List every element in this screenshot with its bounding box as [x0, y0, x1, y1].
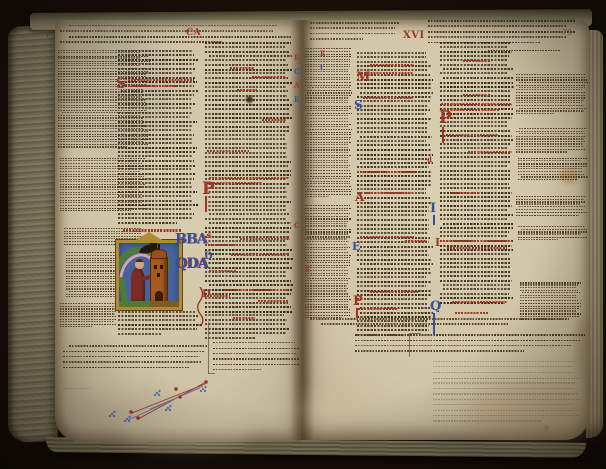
script-line [518, 168, 583, 169]
script-line [305, 176, 352, 177]
script-line [305, 121, 348, 122]
script-line [305, 71, 349, 72]
script-line [305, 223, 347, 224]
script-line [433, 382, 575, 383]
script-line [357, 214, 426, 216]
text-block-gloss [516, 128, 588, 154]
script-line [205, 156, 287, 158]
script-line [440, 262, 511, 264]
script-line [63, 356, 200, 358]
script-line [118, 160, 194, 162]
text-block-main [118, 50, 198, 228]
script-line [440, 72, 507, 74]
script-line [305, 275, 347, 276]
script-line [357, 52, 426, 54]
script-line [305, 191, 351, 192]
script-line [520, 284, 578, 285]
text-block-main [440, 42, 514, 307]
script-line [355, 345, 571, 347]
script-line [433, 372, 574, 373]
script-line [307, 87, 350, 88]
script-line [118, 121, 197, 123]
script-line [360, 162, 433, 164]
script-line [519, 133, 585, 134]
script-line [440, 156, 510, 158]
script-line [516, 143, 583, 144]
script-line [305, 134, 351, 135]
script-line [305, 231, 351, 232]
pen-trial-cluster-dot [154, 394, 156, 396]
script-line [310, 318, 569, 320]
script-line [357, 184, 431, 186]
script-line [440, 218, 507, 220]
script-line [516, 95, 586, 96]
rubric-line [405, 240, 427, 242]
script-line [520, 303, 581, 304]
script-line [63, 367, 189, 369]
script-line [440, 64, 508, 66]
script-line [305, 304, 349, 305]
pen-trial-cluster-dot [204, 386, 206, 388]
script-line [118, 155, 192, 157]
initial-letter: Q [430, 300, 441, 313]
script-line [118, 173, 195, 175]
script-line [305, 210, 348, 211]
script-line [205, 138, 285, 140]
script-line [205, 187, 286, 189]
script-line [440, 214, 513, 216]
script-line [518, 171, 582, 172]
script-line [305, 196, 329, 197]
script-line [357, 180, 432, 182]
initial-letter: M [356, 71, 370, 84]
rubric-line [233, 317, 255, 319]
script-line [357, 158, 429, 160]
rubric-line [128, 85, 178, 87]
paraph-mark: d [427, 156, 432, 163]
script-line [357, 87, 431, 89]
script-line [357, 149, 432, 151]
script-line [118, 324, 202, 326]
pen-trial-cluster-dot [113, 411, 115, 413]
script-line [305, 54, 352, 55]
script-line [305, 252, 349, 253]
script-line [355, 334, 585, 336]
script-line [205, 126, 290, 128]
script-line [440, 51, 512, 53]
pen-trial-cluster-dot [109, 415, 111, 417]
script-line [305, 147, 349, 148]
script-line [518, 226, 585, 227]
script-line [305, 100, 348, 101]
script-line [213, 369, 262, 371]
script-line [205, 121, 285, 123]
script-line [60, 303, 115, 304]
script-line [205, 306, 291, 308]
script-line [357, 56, 426, 58]
script-line [305, 126, 348, 127]
script-line [305, 216, 349, 217]
script-line [305, 90, 351, 91]
illuminated-miniature [116, 240, 182, 310]
script-line [433, 415, 581, 416]
script-line [516, 141, 585, 142]
script-line [307, 262, 351, 263]
script-line [307, 241, 349, 242]
rubric-line [258, 300, 288, 302]
script-line [118, 81, 197, 83]
script-line [305, 59, 350, 60]
script-line [205, 262, 290, 264]
initial-tail [433, 313, 435, 335]
pen-trial-cluster-dot [124, 420, 126, 422]
rubric-line [207, 150, 249, 152]
script-line [357, 210, 429, 212]
script-line [520, 290, 578, 291]
script-line [433, 399, 581, 400]
script-line [60, 324, 116, 325]
script-line [428, 31, 575, 33]
script-line [310, 22, 399, 24]
script-line [305, 260, 350, 261]
script-line [205, 332, 286, 334]
script-line [516, 113, 555, 114]
paraph-mark: t [320, 64, 323, 71]
rubric-line [452, 301, 508, 303]
rubric-line [209, 270, 237, 272]
script-line [205, 72, 285, 74]
script-line [357, 188, 426, 190]
script-line [518, 160, 581, 161]
script-line [305, 267, 347, 268]
script-line [443, 284, 510, 286]
script-line [440, 187, 510, 189]
script-line [519, 108, 587, 109]
script-line [118, 195, 191, 197]
script-line [118, 98, 191, 100]
initial-letter: P [439, 110, 452, 127]
initial-tail [433, 215, 435, 225]
script-line [305, 97, 349, 98]
initial-letter: I [430, 202, 436, 215]
script-line [520, 282, 581, 283]
script-line [209, 222, 292, 224]
script-line [305, 173, 351, 174]
script-line [305, 183, 350, 184]
script-line [305, 283, 348, 284]
script-line [118, 217, 193, 219]
script-line [60, 319, 116, 320]
script-line [516, 212, 587, 213]
script-line [305, 165, 350, 166]
tower-window [154, 265, 157, 269]
script-line [60, 311, 116, 312]
script-line [307, 178, 351, 179]
script-line [205, 51, 290, 53]
rubric-line [357, 171, 415, 173]
script-line [433, 393, 578, 394]
rubric-line [205, 244, 243, 246]
rubric-line [468, 151, 512, 153]
quire-mark: q [44, 29, 49, 37]
script-line [69, 25, 278, 27]
text-block-main [357, 52, 433, 342]
script-line [355, 350, 524, 352]
script-line [121, 90, 198, 92]
script-line [360, 246, 433, 248]
rubric-line [231, 254, 289, 256]
script-line [205, 218, 286, 220]
script-line [305, 315, 350, 316]
script-line [357, 105, 428, 107]
script-line [360, 312, 433, 314]
script-line [305, 152, 348, 153]
script-line [118, 186, 193, 188]
script-line [357, 166, 429, 168]
script-line [357, 113, 426, 115]
script-line [357, 272, 431, 274]
rubric-line [240, 238, 290, 240]
script-line [209, 258, 293, 260]
script-line [357, 219, 429, 221]
script-line [305, 213, 350, 214]
script-line [305, 82, 351, 83]
script-line [205, 134, 285, 136]
rubric-line [363, 97, 413, 99]
script-line [213, 353, 296, 355]
script-line [305, 149, 350, 150]
script-line [118, 182, 191, 184]
script-line [118, 72, 193, 74]
script-line [213, 348, 299, 350]
script-line [440, 143, 510, 145]
script-line [516, 201, 586, 202]
script-line [60, 308, 116, 309]
script-line [205, 42, 291, 44]
script-line [305, 79, 350, 80]
script-line [321, 323, 509, 325]
script-line [305, 155, 351, 156]
script-line [440, 42, 511, 44]
script-line [516, 209, 583, 210]
script-line [440, 196, 511, 198]
script-line [440, 147, 508, 149]
script-line [305, 244, 347, 245]
text-block-note [63, 345, 207, 374]
script-line [305, 229, 351, 230]
rubric-line [463, 94, 491, 96]
text-block-faint [433, 361, 586, 428]
pen-trial-cluster-dot [126, 418, 128, 420]
script-line [307, 129, 352, 130]
stain [300, 390, 350, 430]
pen-trial-cluster-dot [113, 415, 115, 417]
script-line [357, 281, 432, 283]
script-line [520, 310, 577, 311]
script-line [357, 298, 428, 300]
script-line [440, 205, 512, 207]
pen-trials [60, 374, 230, 434]
text-block-note [310, 22, 402, 48]
script-line [520, 308, 580, 309]
text-block-main [118, 311, 203, 338]
script-line [305, 293, 349, 294]
script-line [520, 287, 576, 288]
script-line [205, 275, 286, 277]
script-line [440, 82, 513, 84]
script-line [305, 221, 349, 222]
script-line [69, 345, 207, 347]
script-line [357, 250, 428, 252]
script-line [516, 77, 586, 78]
script-line [209, 55, 292, 57]
script-line [440, 297, 513, 299]
script-line [440, 86, 514, 88]
rubric-line [370, 64, 414, 66]
script-line [205, 201, 291, 203]
script-line [516, 146, 584, 147]
script-line [516, 97, 585, 98]
script-line [118, 333, 161, 335]
script-line [205, 196, 287, 198]
script-line [440, 235, 508, 237]
script-line [518, 239, 558, 240]
script-line [60, 326, 92, 327]
pen-trial-dot [204, 380, 208, 384]
script-line [118, 319, 195, 321]
script-line [205, 46, 285, 48]
script-line [118, 50, 193, 52]
text-block-gloss [516, 74, 588, 118]
script-line [60, 41, 222, 43]
script-line [443, 113, 514, 115]
script-line [516, 100, 584, 101]
script-line [205, 227, 291, 229]
script-line [305, 306, 349, 307]
script-line [440, 161, 510, 163]
miniature-scene [119, 243, 179, 307]
script-line [205, 161, 291, 163]
script-line [118, 213, 194, 215]
rubric-line [440, 240, 512, 242]
script-line [440, 183, 509, 185]
paraph-mark: E [320, 50, 325, 57]
script-line [518, 237, 588, 238]
script-line [118, 103, 196, 105]
paraph-mark: C [294, 222, 300, 229]
script-line [433, 388, 573, 389]
script-line [357, 197, 430, 199]
script-line [518, 179, 578, 180]
script-line [516, 92, 585, 93]
pen-trial-dot [174, 387, 178, 391]
script-line [118, 328, 197, 330]
script-line [305, 186, 351, 187]
miniature-ground [119, 301, 179, 307]
text-block-faint [75, 437, 123, 453]
script-line [305, 255, 351, 256]
script-line [357, 276, 426, 278]
script-line [60, 321, 114, 322]
script-line [118, 63, 194, 65]
script-line [440, 271, 511, 273]
script-line [357, 144, 430, 146]
script-line [305, 285, 347, 286]
running-header-right: XVI [403, 31, 425, 41]
script-line [443, 288, 511, 290]
folio-number: 79 [562, 29, 573, 38]
script-line [516, 215, 579, 216]
rubric-line [207, 182, 263, 184]
script-line [440, 178, 511, 180]
rubric-line [446, 134, 498, 136]
script-line [305, 85, 352, 86]
script-line [440, 275, 510, 277]
script-line [440, 174, 510, 176]
display-letters: BBAs QDA [175, 231, 201, 271]
script-line [440, 90, 510, 92]
script-line [118, 222, 177, 224]
script-line [440, 280, 512, 282]
script-line [209, 284, 293, 286]
script-line [516, 203, 581, 204]
script-line [357, 259, 431, 261]
script-line [440, 209, 507, 211]
script-line [118, 311, 195, 313]
script-line [118, 94, 194, 96]
bracket-rule [208, 322, 209, 374]
bracket-rule [409, 333, 410, 357]
script-line [205, 205, 286, 207]
tower-dome [151, 249, 167, 259]
tower-window [157, 273, 160, 277]
script-line [64, 236, 144, 237]
script-line [213, 358, 299, 360]
script-line [516, 79, 587, 80]
script-line [205, 86, 286, 88]
script-line [305, 106, 352, 107]
script-line [118, 134, 194, 136]
script-line [305, 48, 351, 49]
script-line [519, 206, 585, 207]
script-line [305, 299, 351, 300]
script-line [205, 99, 290, 101]
initial-letter: A [355, 191, 364, 203]
script-line [305, 301, 348, 302]
script-line [516, 149, 586, 150]
initial-letter: P [353, 295, 363, 308]
pen-trial-dot [129, 410, 133, 414]
script-line [305, 249, 347, 250]
script-line [205, 64, 288, 66]
script-line [213, 364, 299, 366]
rubric-line [230, 67, 254, 69]
script-line [305, 233, 348, 234]
monk-head [135, 259, 144, 269]
running-header-left: CA [186, 29, 201, 38]
text-block-note [213, 342, 301, 377]
paraph-mark: C [294, 68, 300, 75]
script-line [305, 280, 348, 281]
script-line [520, 316, 579, 317]
pen-trial-cluster-dot [169, 409, 171, 411]
rubric-line [209, 177, 289, 179]
script-line [428, 20, 575, 22]
script-line [305, 51, 350, 52]
script-line [205, 297, 286, 299]
text-block-gloss [518, 158, 588, 183]
text-block-gloss [60, 303, 118, 329]
